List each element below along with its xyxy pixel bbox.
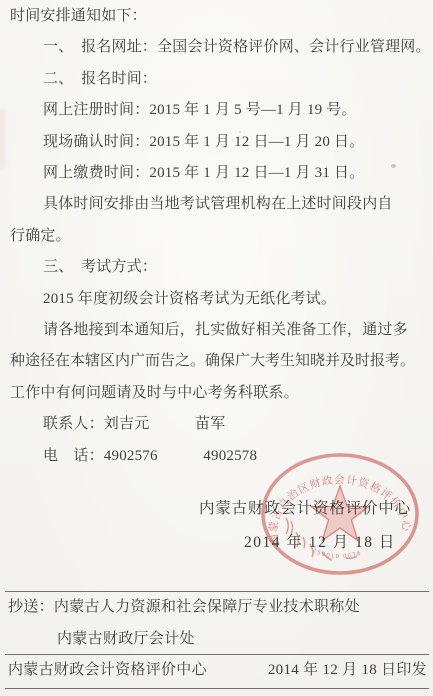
body-line: 一、 报名网址：全国会计资格评价网、会计行业管理网。 [10, 32, 427, 63]
cc-recipient-line: 抄送：内蒙古人力资源和社会保障厅专业技术职称处 [8, 595, 360, 616]
scan-smudge [0, 108, 5, 170]
body-line: 行确定。 [10, 221, 427, 252]
body-line: 三、 考试方式： [10, 252, 427, 283]
body-line: 种途径在本辖区内广而告之。确保广大考生知晓并及时报考。 [10, 346, 427, 377]
divider-rule [5, 591, 429, 592]
issuer-name: 内蒙古财政会计资格评价中心 [8, 658, 207, 679]
issue-date: 2014 年 12 月 18 日印发 [268, 658, 427, 679]
body-line: 具体时间安排由当地考试管理机构在上述时间段内自 [10, 189, 427, 220]
body-line: 网上注册时间：2015 年 1 月 5 号—1 月 19 号。 [10, 95, 427, 126]
notice-body: 时间安排通知如下： 一、 报名网址：全国会计资格评价网、会计行业管理网。 二、 … [10, 1, 427, 472]
body-line: 2015 年度初级会计资格考试为无纸化考试。 [10, 284, 427, 315]
scanned-notice-page: 时间安排通知如下： 一、 报名网址：全国会计资格评价网、会计行业管理网。 二、 … [0, 0, 433, 696]
body-line: 二、 报名时间： [10, 64, 427, 95]
body-line: 网上缴费时间：2015 年 1 月 12 日—1 月 31 日。 [10, 158, 427, 189]
signoff-organization: 内蒙古财政会计资格评价中心 [199, 496, 411, 518]
divider-rule [5, 654, 429, 655]
body-line: 时间安排通知如下： [10, 1, 427, 32]
body-line: 工作中有何问题请及时与中心考务科联系。 [10, 378, 427, 409]
cc-recipient-line: 内蒙古财政厅会计处 [57, 627, 195, 648]
contact-names-line: 联系人：刘吉元 苗军 [10, 409, 427, 440]
body-line: 现场确认时间：2015 年 1 月 12 日—1 月 20 日。 [10, 127, 427, 158]
body-line: 请各地接到本通知后，扎实做好相关准备工作，通过多 [10, 315, 427, 346]
signoff-date: 2014 年 12 月 18 日 [244, 530, 396, 552]
divider-rule [5, 688, 429, 689]
issue-info-row: 内蒙古财政会计资格评价中心 2014 年 12 月 18 日印发 [8, 658, 427, 679]
contact-phones-line: 电 话：4902576 4902578 [10, 441, 427, 472]
